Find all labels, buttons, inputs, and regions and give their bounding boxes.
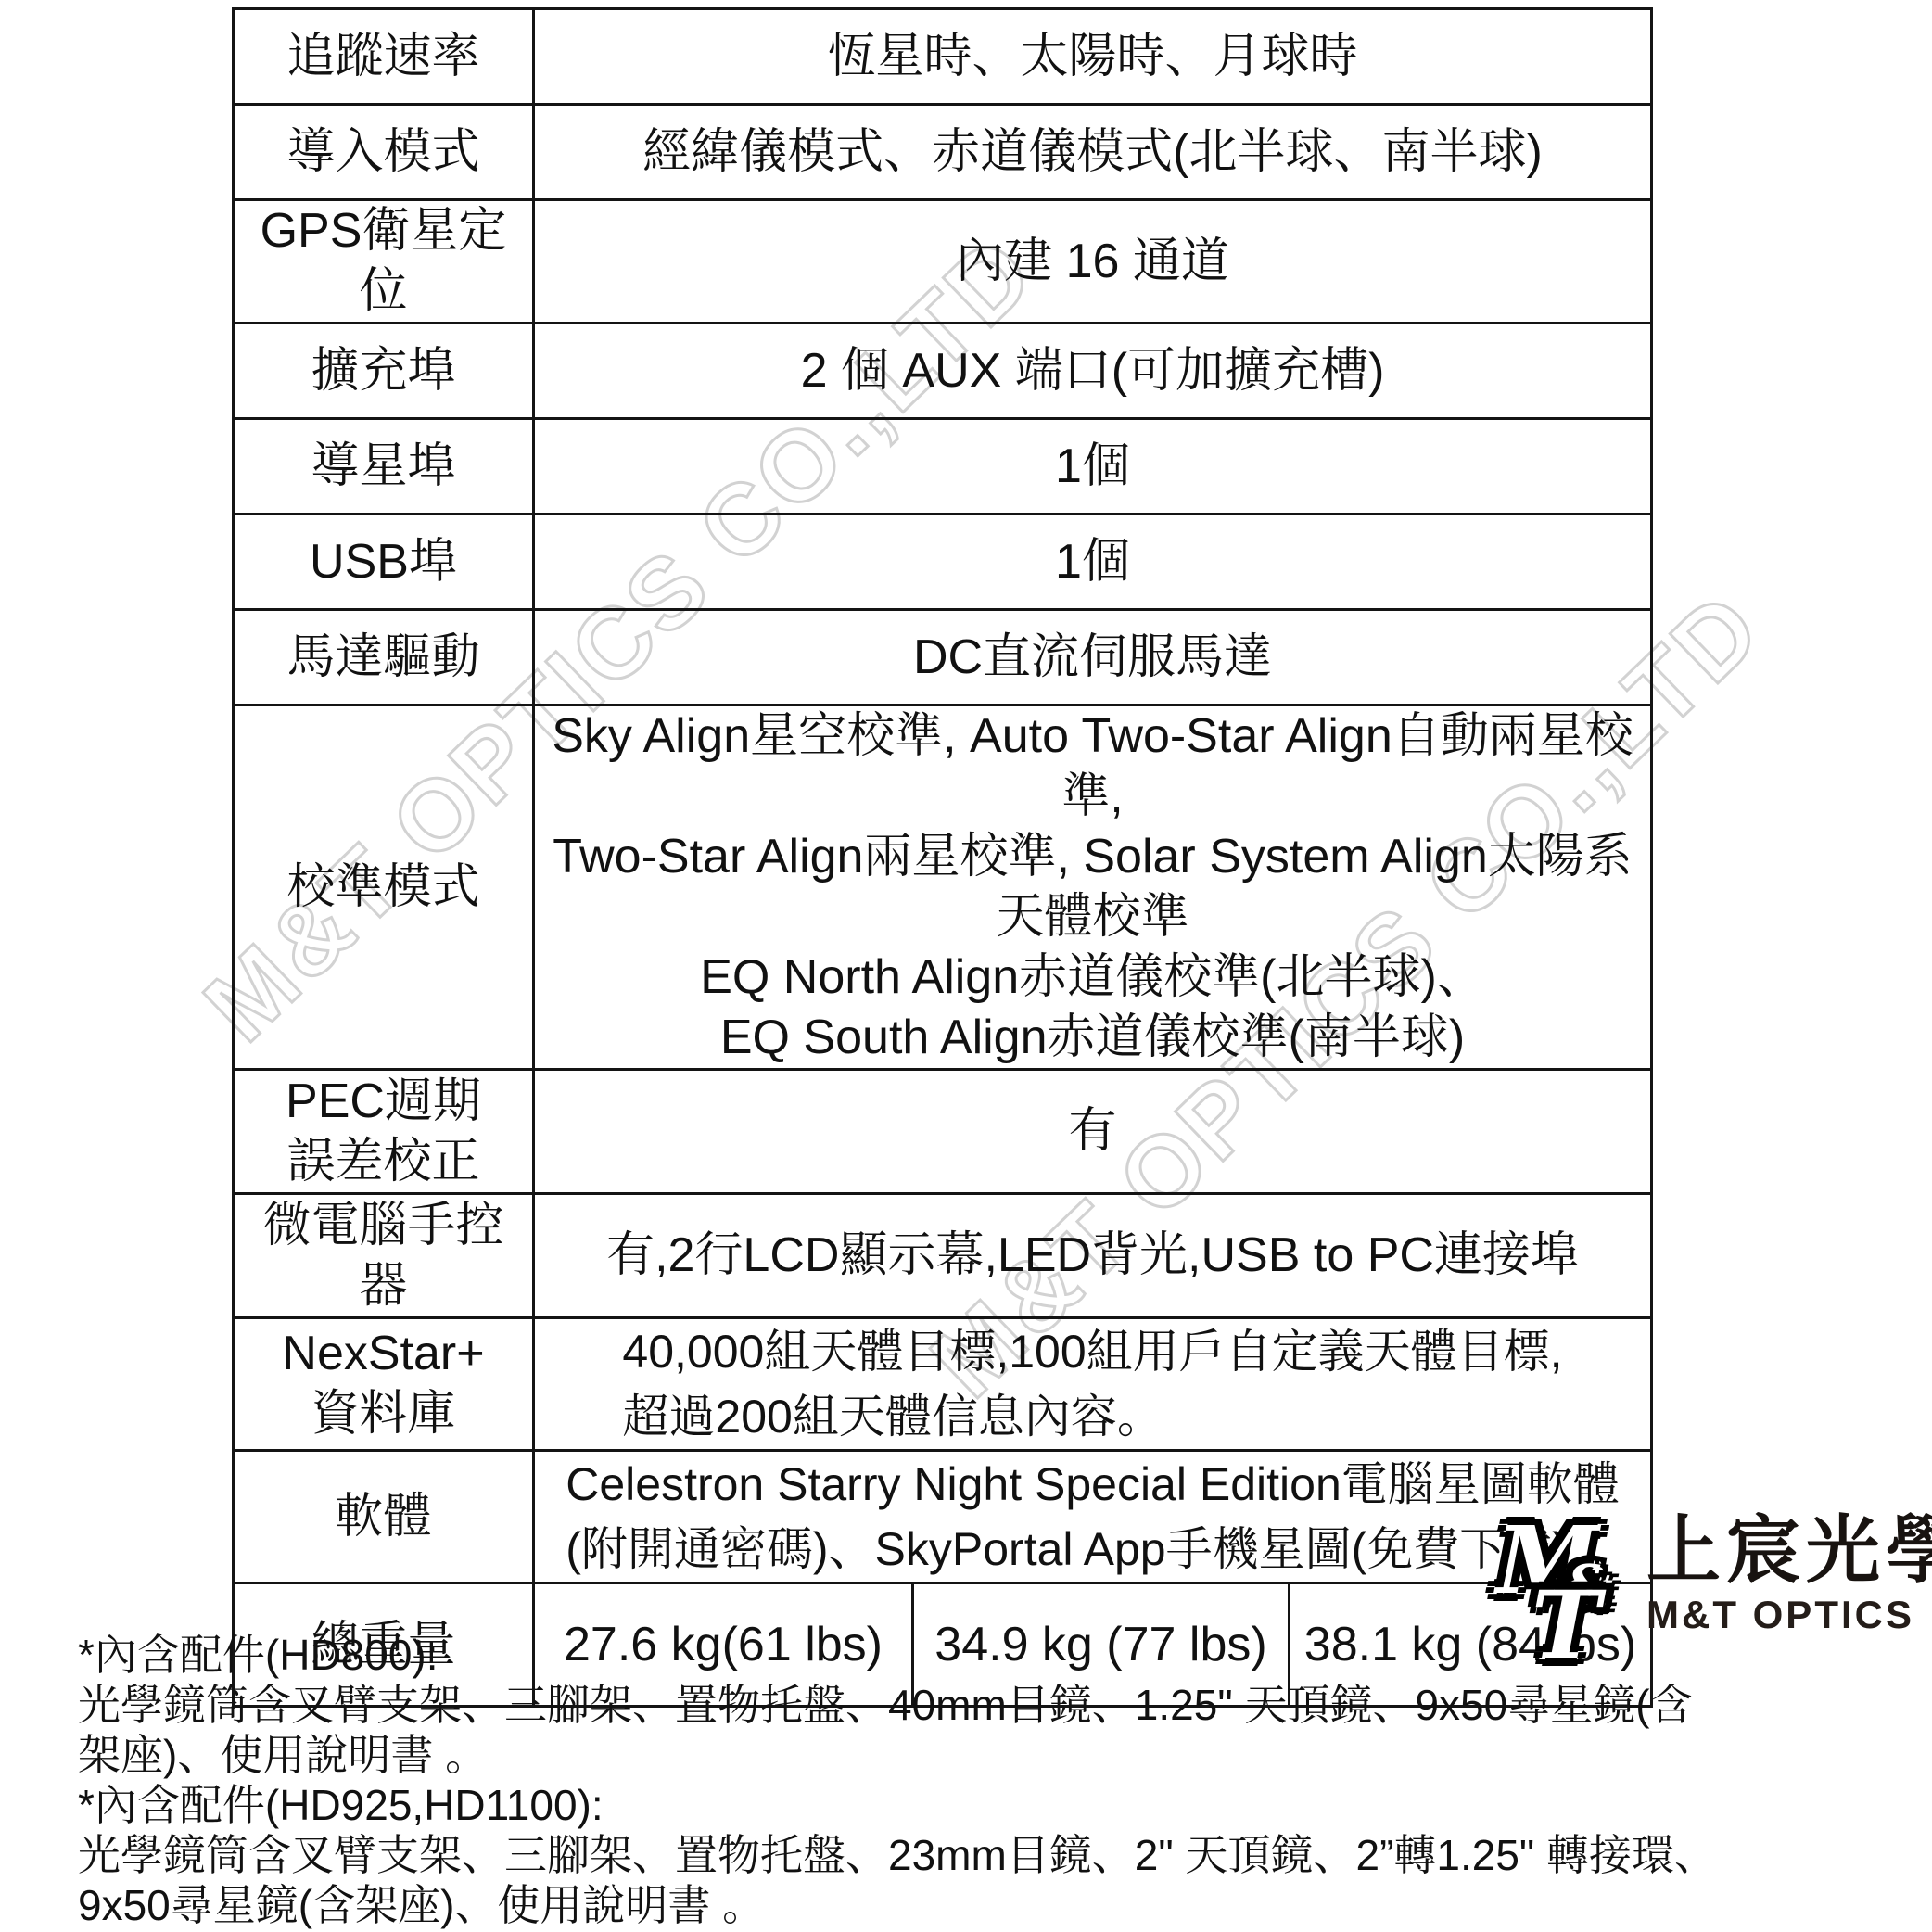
row-label-nexstar-database: NexStar+ 資料庫: [234, 1318, 534, 1451]
row-label-tracking-rate: 追蹤速率: [234, 9, 534, 105]
alignment-line-3: EQ North Align赤道儀校準(北半球)、: [540, 947, 1645, 1008]
row-label-guide-port: 導星埠: [234, 419, 534, 515]
row-label-usb-port: USB埠: [234, 515, 534, 610]
mt-monogram-icon: M & T: [1494, 1513, 1633, 1671]
table-row: USB埠 1個: [234, 515, 1652, 610]
table-row: 導星埠 1個: [234, 419, 1652, 515]
row-value-aux-port: 2 個 AUX 端口(可加擴充槽): [534, 324, 1652, 419]
database-line-2: 超過200組天體信息內容。: [622, 1384, 1562, 1449]
table-row: 校準模式 Sky Align星空校準, Auto Two-Star Align自…: [234, 705, 1652, 1070]
row-value-alignment-mode: Sky Align星空校準, Auto Two-Star Align自動兩星校準…: [534, 705, 1652, 1070]
footnote-hd800-line-2: 架座)、使用說明書 。: [78, 1730, 1895, 1780]
spec-sheet-page: M&T OPTICS CO.,LTD M&T OPTICS CO.,LTD 追蹤…: [0, 0, 1932, 1932]
row-value-guide-port: 1個: [534, 419, 1652, 515]
table-row: 追蹤速率 恆星時、太陽時、月球時: [234, 9, 1652, 105]
row-label-software: 軟體: [234, 1451, 534, 1583]
row-value-gps: 內建 16 通道: [534, 200, 1652, 324]
table-row: 馬達驅動 DC直流伺服馬達: [234, 610, 1652, 705]
logo-chinese-name: 上宸光學: [1646, 1513, 1932, 1587]
logo-english-name: M&T OPTICS: [1646, 1593, 1932, 1637]
brand-logo: M & T 上宸光學 M&T OPTICS: [1494, 1513, 1932, 1671]
monogram-letter-t: T: [1532, 1570, 1600, 1680]
row-value-tracking-rate: 恆星時、太陽時、月球時: [534, 9, 1652, 105]
footnote-hd925-title: *內含配件(HD925,HD1100):: [78, 1780, 1895, 1830]
software-line-1: Celestron Starry Night Special Edition電腦…: [566, 1452, 1620, 1517]
database-line-1: 40,000組天體目標,100組用戶自定義天體目標,: [622, 1319, 1562, 1384]
software-line-2: (附開通密碼)、SkyPortal App手機星圖(免費下載): [566, 1517, 1620, 1582]
table-row: PEC週期 誤差校正 有: [234, 1070, 1652, 1194]
table-row: 微電腦手控器 有,2行LCD顯示幕,LED背光,USB to PC連接埠: [234, 1194, 1652, 1318]
footnote-hd925-line-1: 光學鏡筒含叉臂支架、三腳架、置物托盤、23mm目鏡、2" 天頂鏡、2”轉1.25…: [78, 1830, 1895, 1880]
row-value-nexstar-database: 40,000組天體目標,100組用戶自定義天體目標, 超過200組天體信息內容。: [534, 1318, 1652, 1451]
nexstar-label-line-1: NexStar+: [240, 1324, 527, 1384]
row-label-aux-port: 擴充埠: [234, 324, 534, 419]
row-label-hand-controller: 微電腦手控器: [234, 1194, 534, 1318]
row-value-software: Celestron Starry Night Special Edition電腦…: [534, 1451, 1652, 1583]
row-value-pec: 有: [534, 1070, 1652, 1194]
footnote-hd925-line-2: 9x50尋星鏡(含架座)、使用說明書 。: [78, 1880, 1895, 1930]
table-row: 軟體 Celestron Starry Night Special Editio…: [234, 1451, 1652, 1583]
pec-label-line-1: PEC週期: [240, 1072, 527, 1132]
pec-label-line-2: 誤差校正: [240, 1132, 527, 1192]
row-label-pec: PEC週期 誤差校正: [234, 1070, 534, 1194]
alignment-line-4: EQ South Align赤道儀校準(南半球): [540, 1008, 1645, 1068]
row-label-goto-mode: 導入模式: [234, 105, 534, 200]
table-row: 擴充埠 2 個 AUX 端口(可加擴充槽): [234, 324, 1652, 419]
row-label-alignment-mode: 校準模式: [234, 705, 534, 1070]
table-row: GPS衛星定位 內建 16 通道: [234, 200, 1652, 324]
alignment-line-1: Sky Align星空校準, Auto Two-Star Align自動兩星校準…: [540, 706, 1645, 827]
row-value-usb-port: 1個: [534, 515, 1652, 610]
logo-text-block: 上宸光學 M&T OPTICS: [1646, 1513, 1932, 1637]
table-row: NexStar+ 資料庫 40,000組天體目標,100組用戶自定義天體目標, …: [234, 1318, 1652, 1451]
spec-table: 追蹤速率 恆星時、太陽時、月球時 導入模式 經緯儀模式、赤道儀模式(北半球、南半…: [232, 7, 1653, 1708]
footnotes: *內含配件(HD800): 光學鏡筒含叉臂支架、三腳架、置物托盤、40mm目鏡、…: [78, 1630, 1895, 1930]
row-label-gps: GPS衛星定位: [234, 200, 534, 324]
row-label-motor-drive: 馬達驅動: [234, 610, 534, 705]
row-value-hand-controller: 有,2行LCD顯示幕,LED背光,USB to PC連接埠: [534, 1194, 1652, 1318]
row-value-motor-drive: DC直流伺服馬達: [534, 610, 1652, 705]
alignment-line-2: Two-Star Align兩星校準, Solar System Align太陽…: [540, 827, 1645, 947]
table-row: 導入模式 經緯儀模式、赤道儀模式(北半球、南半球): [234, 105, 1652, 200]
footnote-hd800-line-1: 光學鏡筒含叉臂支架、三腳架、置物托盤、40mm目鏡、1.25" 天頂鏡、9x50…: [78, 1680, 1895, 1730]
nexstar-label-line-2: 資料庫: [240, 1384, 527, 1444]
row-value-goto-mode: 經緯儀模式、赤道儀模式(北半球、南半球): [534, 105, 1652, 200]
